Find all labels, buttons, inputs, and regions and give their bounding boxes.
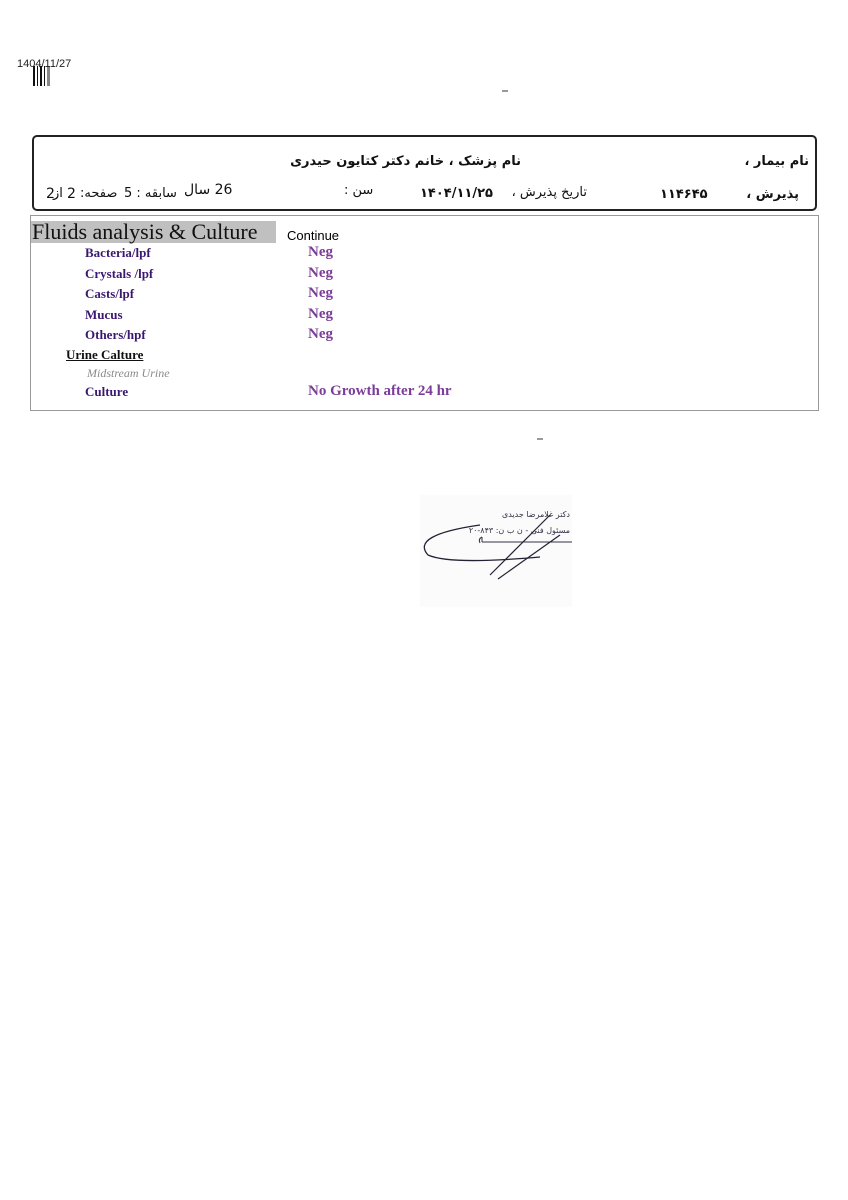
scan-mark [537,438,543,440]
admission-date-label: تاریخ پذیرش ، [512,185,587,200]
age-label: سن : [344,183,373,198]
admission-no-label: پذیرش ، [746,187,799,202]
test-label-crystals: Crystals /lpf [85,266,153,282]
svg-text:مسئول فنی - ن ب ن: ۸۴۳-۲۰: مسئول فنی - ن ب ن: ۸۴۳-۲۰ [469,526,570,535]
page-total: 2 [46,186,55,202]
page-label: صفحه: [80,186,117,201]
signature-stamp: دکتر غلامرضا جدیدی مسئول فنی - ن ب ن: ۸۴… [420,495,572,607]
scan-mark [502,90,508,92]
test-value-crystals: Neg [308,265,333,282]
patient-name-label: نام بیمار ، [744,154,809,169]
continue-label: Continue [287,228,339,243]
test-value-casts: Neg [308,285,333,302]
admission-no: ۱۱۴۶۴۵ [660,187,708,202]
test-label-culture: Culture [85,384,128,400]
doctor-name: نام پزشک ، خانم دکتر کتایون حیدری [290,154,521,169]
age-value: 26 سال [184,182,232,198]
test-value-mucus: Neg [308,306,333,323]
test-label-others: Others/hpf [85,327,146,343]
svg-text:دکتر غلامرضا جدیدی: دکتر غلامرضا جدیدی [502,510,570,519]
patient-header: نام بیمار ، نام پزشک ، خانم دکتر کتایون … [32,135,817,211]
print-date: 1404/11/27 [17,58,71,70]
section-title: Fluids analysis & Culture [31,221,276,243]
test-value-bacteria: Neg [308,244,333,261]
signature-icon: دکتر غلامرضا جدیدی مسئول فنی - ن ب ن: ۸۴… [420,495,572,607]
page-current: 2 [67,186,76,202]
test-label-casts: Casts/lpf [85,286,134,302]
test-label-mucus: Mucus [85,307,123,323]
subsection-title: Urine Calture [66,347,143,363]
admission-date: ۱۴۰۴/۱۱/۲۵ [420,186,493,201]
history-label: سابقه : 5 [124,186,177,201]
test-value-others: Neg [308,326,333,343]
test-label-bacteria: Bacteria/lpf [85,245,151,261]
test-value-culture: No Growth after 24 hr [308,383,452,400]
results-section: Fluids analysis & Culture Continue Bacte… [30,215,819,411]
specimen-type: Midstream Urine [87,366,170,381]
